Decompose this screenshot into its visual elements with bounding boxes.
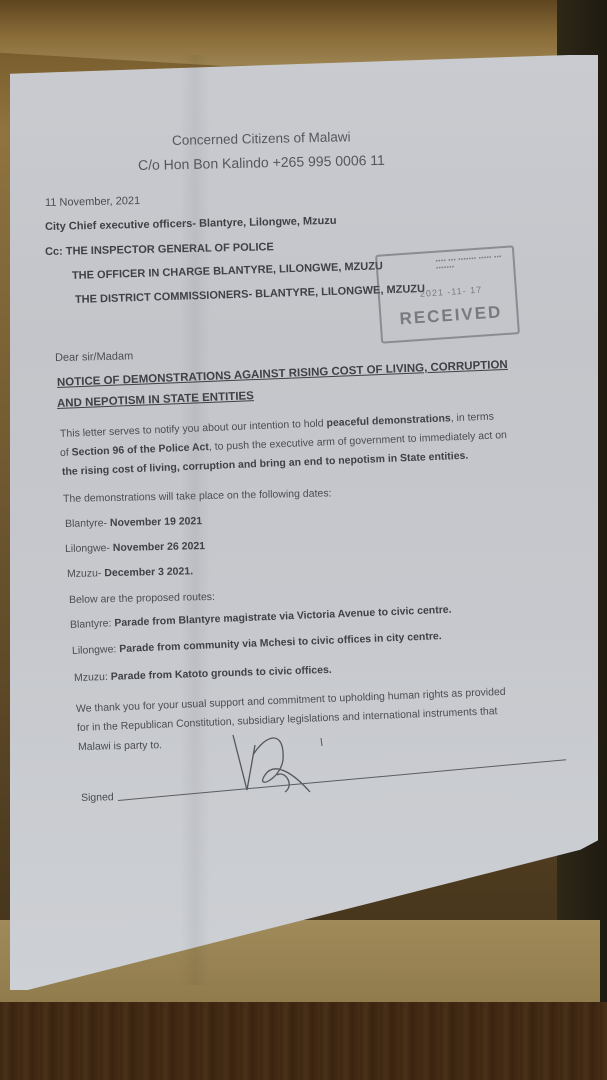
date-item-mzuzu: Mzuzu- December 3 2021. (67, 565, 193, 580)
signed-label: Signed (81, 791, 114, 804)
route-description: Parade from Blantyre magistrate via Vict… (114, 604, 452, 630)
letter-date: 11 November, 2021 (45, 195, 140, 209)
closing-line-3: Malawi is party to. (78, 739, 162, 753)
date-city: Blantyre- (65, 517, 110, 530)
dates-intro: The demonstrations will take place on th… (63, 487, 332, 505)
stamp-header-text: ▪▪▪▪ ▪▪▪ ▪▪▪▪▪▪▪ ▪▪▪▪▪ ▪▪▪ ▪▪▪▪▪▪▪ (435, 254, 506, 273)
intro-text: of (60, 447, 72, 459)
date-value: November 26 2021 (113, 540, 205, 554)
letter-content: Concerned Citizens of Malawi C/o Hon Bon… (0, 0, 607, 1080)
date-value: December 3 2021. (104, 565, 193, 579)
date-value: November 19 2021 (110, 515, 202, 529)
received-stamp: ▪▪▪▪ ▪▪▪ ▪▪▪▪▪▪▪ ▪▪▪▪▪ ▪▪▪ ▪▪▪▪▪▪▪ 2021 … (375, 245, 520, 343)
subject-line-1: NOTICE OF DEMONSTRATIONS AGAINST RISING … (57, 359, 508, 389)
subject-line-2: AND NEPOTISM IN STATE ENTITIES (57, 390, 254, 410)
route-item-blantyre: Blantyre: Parade from Blantyre magistrat… (70, 604, 452, 631)
stamp-label: RECEIVED (399, 302, 503, 329)
salutation: Dear sir/Madam (55, 350, 133, 364)
route-city: Lilongwe: (72, 643, 120, 657)
cc-recipient: THE INSPECTOR GENERAL OF POLICE (66, 241, 274, 257)
routes-intro: Below are the proposed routes: (69, 591, 215, 606)
route-item-lilongwe: Lilongwe: Parade from community via Mche… (72, 630, 442, 657)
addressee: City Chief executive officers- Blantyre,… (45, 215, 337, 233)
letterhead-care-of: C/o Hon Bon Kalindo +265 995 0006 11 (138, 152, 385, 173)
route-city: Blantyre: (70, 617, 115, 631)
route-item-mzuzu: Mzuzu: Parade from Katoto grounds to civ… (74, 664, 332, 684)
intro-bold: Section 96 of the Police Act (71, 441, 209, 459)
route-city: Mzuzu: (74, 671, 111, 684)
date-item-lilongwe: Lilongwe- November 26 2021 (65, 540, 205, 555)
intro-bold: peaceful demonstrations (326, 412, 451, 429)
route-description: Parade from community via Mchesi to civi… (119, 630, 442, 655)
date-city: Mzuzu- (67, 567, 105, 580)
intro-text: , in terms (450, 411, 494, 425)
signature-line (118, 759, 566, 801)
cc-recipient: THE OFFICER IN CHARGE BLANTYRE, LILONGWE… (72, 260, 383, 282)
stamp-date: 2021 -11- 17 (420, 285, 483, 299)
route-description: Parade from Katoto grounds to civic offi… (111, 664, 332, 683)
letterhead-organization: Concerned Citizens of Malawi (172, 129, 351, 148)
cc-recipient: THE DISTRICT COMMISSIONERS- BLANTYRE, LI… (75, 283, 425, 306)
cc-line-1: Cc: THE INSPECTOR GENERAL OF POLICE (45, 241, 274, 258)
date-city: Lilongwe- (65, 542, 113, 555)
cc-label: Cc: (45, 246, 63, 258)
intro-text: This letter serves to notify you about o… (60, 417, 327, 440)
date-item-blantyre: Blantyre- November 19 2021 (65, 515, 202, 530)
